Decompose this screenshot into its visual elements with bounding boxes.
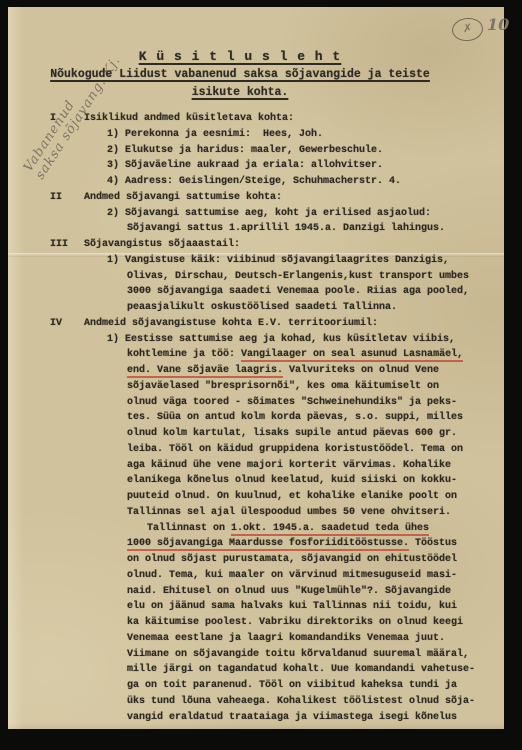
typewritten-line: Viimane on sõjavangide toitu kõrvaldanud… — [8, 647, 504, 663]
typewritten-line: vangid eraldatud traataiaga ja viimasteg… — [8, 710, 504, 726]
scan-background: { "colors": { "paper": "#d0c29c", "ink":… — [0, 0, 522, 750]
text-segment: 4) Aadress: Geislingen/Steige, Schuhmach… — [107, 176, 401, 187]
text-segment: Viimane on sõjavangide toitu kõrvaldanud… — [127, 649, 469, 660]
typewritten-line: olnud kolm kartulat, lisaks supile antud… — [8, 426, 504, 442]
text-segment: Sõjavangi sattus 1.aprillil 1945.a. Danz… — [127, 223, 445, 234]
red-underlined-text: 1000 sõjavangiga Maardusse fosforiiditöö… — [127, 538, 409, 551]
text-segment: olnud väga toored - sõimates "Schweinehu… — [127, 397, 457, 408]
text-segment: mille järgi on tagandatud kohalt. Uue ko… — [127, 664, 475, 675]
text-segment: ka käitumise poolest. Vabriku direktorik… — [127, 617, 463, 628]
document-header: K ü s i t l u s l e h t Nõukogude Liidus… — [8, 47, 472, 101]
typewritten-line: ka käitumise poolest. Vabriku direktorik… — [8, 615, 504, 631]
text-segment: Andmeid sõjavangistuse kohta E.V. territ… — [84, 318, 378, 329]
section-numeral: I — [50, 111, 56, 127]
section-numeral: III — [50, 237, 68, 253]
typewritten-line: 2) Elukutse ja haridus: maaler, Gewerbes… — [8, 143, 504, 159]
text-segment: Valvuriteks on olnud Vene — [283, 365, 439, 376]
typewritten-line: puuteid olnud. On kuulnud, et kohalike e… — [8, 489, 504, 505]
text-segment: puuteid olnud. On kuulnud, et kohalike e… — [127, 491, 457, 502]
text-segment: olnud. Tema, kui maaler on värvinud mitm… — [127, 570, 457, 581]
document-subtitle-line1: Nõukogude Liidust vabanenud saksa sõjava… — [8, 66, 472, 84]
text-segment: 2) Elukutse ja haridus: maaler, Gewerbes… — [107, 145, 383, 156]
text-segment: Olivas, Dirschau, Deutsch-Erlangenis,kus… — [127, 271, 469, 282]
text-segment: Tallinnast on — [147, 523, 231, 534]
page-number: 10 — [487, 15, 509, 34]
text-segment: 1) Eestisse sattumise aeg ja kohad, kus … — [107, 334, 455, 345]
text-segment: leiba. Tööl on käidud gruppidena koristu… — [127, 444, 463, 455]
typewritten-line: ga on toit paranenud. Tööl on viibitud k… — [8, 678, 504, 694]
text-segment: tes. Süüa on antud kolm korda päevas, s.… — [127, 412, 463, 423]
red-underlined-text: 1.okt. 1945.a. saadetud teda ühes — [231, 523, 429, 536]
typewritten-line: Tallinnas sel ajal ülespoodud umbes 50 v… — [8, 505, 504, 521]
typewritten-line: on olnud sõjast purustamata, sõjavangid … — [8, 552, 504, 568]
text-segment: 1) Vangistuse käik: viibinud sõjavangila… — [107, 255, 449, 266]
text-segment: vangid eraldatud traataiaga ja viimasteg… — [127, 712, 457, 723]
typewritten-line: 3000 sõjavangiga saadeti Venemaa poole. … — [8, 284, 504, 300]
text-segment: 3000 sõjavangiga saadeti Venemaa poole. … — [127, 286, 469, 297]
typewritten-line: 2) Sõjavangi sattumise aeg, koht ja eril… — [8, 206, 504, 222]
text-segment: on olnud sõjast purustamata, sõjavangid … — [127, 554, 457, 565]
text-segment: Tööstus — [409, 538, 457, 549]
typewritten-line: elanikega kõnelus olnud keelatud, kuid s… — [8, 473, 504, 489]
text-segment: Isiklikud andmed küsitletava kohta: — [84, 113, 294, 124]
typewritten-line: Sõjavangi sattus 1.aprillil 1945.a. Danz… — [8, 221, 504, 237]
red-underlined-text: Vangilaager on seal asunud Lasnamäel, — [241, 349, 463, 362]
typewritten-line: Olivas, Dirschau, Deutsch-Erlangenis,kus… — [8, 269, 504, 285]
red-underlined-text: end. Vane sõjaväe laagris. — [127, 365, 283, 378]
text-segment: Venemaa eestlane ja laagri komandandiks … — [127, 633, 445, 644]
typewritten-line: naid. Ehitusel on olnud uus "Kugelmühle"… — [8, 584, 504, 600]
circled-check-mark: ✗ — [451, 16, 484, 42]
section-numeral: II — [50, 190, 62, 206]
x-mark-icon: ✗ — [462, 21, 472, 38]
document-paper: Vabanenud saksa sõjavang. Kj. ✗ 10 K ü s… — [8, 7, 504, 729]
typewritten-line: 1) Perekonna ja eesnimi: Hees, Joh. — [8, 127, 504, 143]
typewritten-line: 4) Aadress: Geislingen/Steige, Schuhmach… — [8, 174, 504, 190]
text-segment: peaasjalikult oskustöölised saadeti Tall… — [127, 302, 397, 313]
typewritten-line: elu on jäänud sama halvaks kui Tallinnas… — [8, 599, 504, 615]
text-segment: kohtlemine ja töö: — [127, 349, 241, 360]
typewritten-line: mille järgi on tagandatud kohalt. Uue ko… — [8, 662, 504, 678]
text-segment: Andmed sõjavangi sattumise kohta: — [84, 192, 282, 203]
document-title: K ü s i t l u s l e h t — [8, 47, 472, 66]
typewritten-line: olnud. Tema, kui maaler on värvinud mitm… — [8, 568, 504, 584]
typewritten-line: peaasjalikult oskustöölised saadeti Tall… — [8, 300, 504, 316]
text-segment: üks tund lõuna vaheaega. Kohalikest tööl… — [127, 696, 475, 707]
text-segment: Sõjavangistus sõjaaastail: — [84, 239, 240, 250]
text-segment: Tallinnas sel ajal ülespoodud umbes 50 v… — [127, 507, 451, 518]
section-heading-line: IVAndmeid sõjavangistuse kohta E.V. terr… — [8, 316, 504, 332]
text-segment: ga on toit paranenud. Tööl on viibitud k… — [127, 680, 457, 691]
typewritten-line: kohtlemine ja töö: Vangilaager on seal a… — [8, 347, 504, 363]
text-segment: elanikega kõnelus olnud keelatud, kuid s… — [127, 475, 457, 486]
typewritten-line: 1) Vangistuse käik: viibinud sõjavangila… — [8, 253, 504, 269]
typewritten-line: sõjaväelased "bresprisornõi", kes oma kä… — [8, 379, 504, 395]
typewritten-line: 1) Eestisse sattumise aeg ja kohad, kus … — [8, 332, 504, 348]
text-segment: 2) Sõjavangi sattumise aeg, koht ja eril… — [107, 208, 431, 219]
document-body: IIsiklikud andmed küsitletava kohta:1) P… — [8, 111, 504, 725]
text-segment: aga käinud ühe vene majori korterit värv… — [127, 460, 451, 471]
typewritten-line: üks tund lõuna vaheaega. Kohalikest tööl… — [8, 694, 504, 710]
typewritten-line: 1000 sõjavangiga Maardusse fosforiiditöö… — [8, 536, 504, 552]
typewritten-line: Venemaa eestlane ja laagri komandandiks … — [8, 631, 504, 647]
text-segment: naid. Ehitusel on olnud uus "Kugelmühle"… — [127, 586, 451, 597]
document-subtitle-line2: isikute kohta. — [8, 84, 472, 102]
typewritten-line: aga käinud ühe vene majori korterit värv… — [8, 458, 504, 474]
section-heading-line: IIISõjavangistus sõjaaastail: — [8, 237, 504, 253]
text-segment: elu on jäänud sama halvaks kui Tallinnas… — [127, 601, 457, 612]
typewritten-line: Tallinnast on 1.okt. 1945.a. saadetud te… — [8, 521, 504, 537]
typewritten-line: olnud väga toored - sõimates "Schweinehu… — [8, 395, 504, 411]
text-segment: olnud kolm kartulat, lisaks supile antud… — [127, 428, 457, 439]
text-segment: sõjaväelased "bresprisornõi", kes oma kä… — [127, 381, 439, 392]
typewritten-line: leiba. Tööl on käidud gruppidena koristu… — [8, 442, 504, 458]
section-heading-line: IIAndmed sõjavangi sattumise kohta: — [8, 190, 504, 206]
typewritten-line: end. Vane sõjaväe laagris. Valvuriteks o… — [8, 363, 504, 379]
section-heading-line: IIsiklikud andmed küsitletava kohta: — [8, 111, 504, 127]
text-segment: 1) Perekonna ja eesnimi: Hees, Joh. — [107, 129, 323, 140]
text-segment: 3) Sõjaväeline aukraad ja eriala: allohv… — [107, 160, 383, 171]
typewritten-line: tes. Süüa on antud kolm korda päevas, s.… — [8, 410, 504, 426]
typewritten-line: 3) Sõjaväeline aukraad ja eriala: allohv… — [8, 158, 504, 174]
section-numeral: IV — [50, 316, 62, 332]
